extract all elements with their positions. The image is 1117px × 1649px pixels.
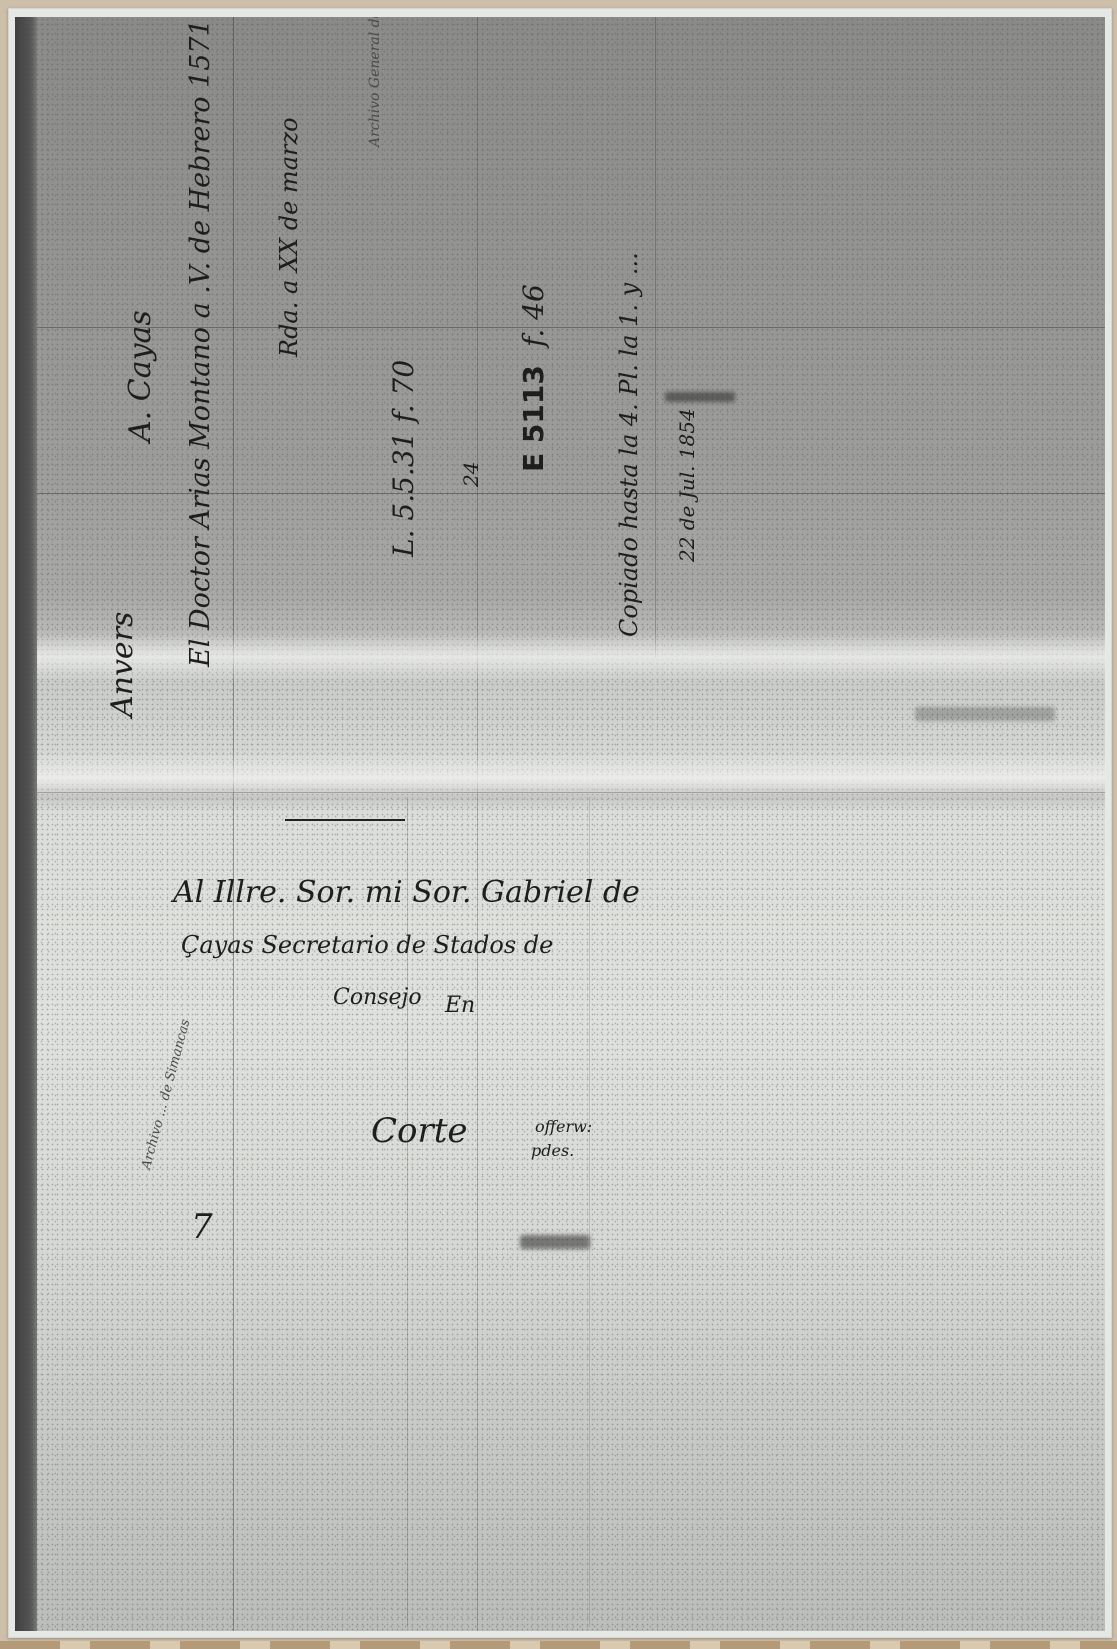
ruled-line [477, 17, 478, 1631]
address-line-3-suffix: En [445, 993, 475, 1018]
reference-number-1: L. 5.5.31 f. 70 [387, 360, 420, 557]
ink-smudge [915, 707, 1055, 721]
margin-mark: 7 [191, 1207, 213, 1247]
ruled-line [407, 797, 408, 1627]
photocopy-noise [15, 17, 1105, 1631]
cataloguing-note-2: 22 de Jul. 1854 [675, 408, 699, 562]
ruled-line [37, 792, 1105, 793]
ink-smudge [665, 392, 735, 402]
reference-number-1-sub: 24 [459, 462, 483, 487]
reference-number-2: f. 46 [517, 284, 550, 347]
paper-fold [37, 752, 1105, 812]
document-image: Anvers A. Cayas El Doctor Arias Montano … [15, 17, 1105, 1631]
address-line-4: Corte [371, 1111, 468, 1151]
postal-note-1: offerw: [535, 1117, 592, 1136]
archive-stamp-bottom: Archivo ... de Simancas [139, 1018, 194, 1171]
address-line-3: Consejo [333, 985, 422, 1010]
ruled-line [233, 17, 234, 1631]
address-line-2: Çayas Secretario de Stados de [181, 931, 553, 959]
cataloguing-note-1: Copiado hasta la 4. Pl. la 1. y ... [615, 252, 643, 637]
binding-edge [15, 17, 37, 1631]
photocopy-sheet: Anvers A. Cayas El Doctor Arias Montano … [8, 8, 1112, 1638]
ruled-line [655, 17, 656, 657]
reply-note: Rda. a XX de marzo [275, 117, 303, 357]
background-surface [0, 1641, 1117, 1649]
recipient-note: A. Cayas [123, 310, 158, 442]
address-line-1: Al Illre. Sor. mi Sor. Gabriel de [173, 875, 640, 910]
signature-stamp: E 5113 [517, 365, 550, 472]
flourish-line [285, 819, 405, 821]
ink-smudge [520, 1235, 590, 1249]
postal-note-2: pdes. [531, 1141, 574, 1160]
place-anvers: Anvers [105, 612, 140, 717]
archive-stamp-top: Archivo General de Simancas [367, 17, 383, 147]
summary-line: El Doctor Arias Montano a .V. de Hebrero… [185, 17, 216, 667]
ruled-line [589, 797, 590, 1627]
